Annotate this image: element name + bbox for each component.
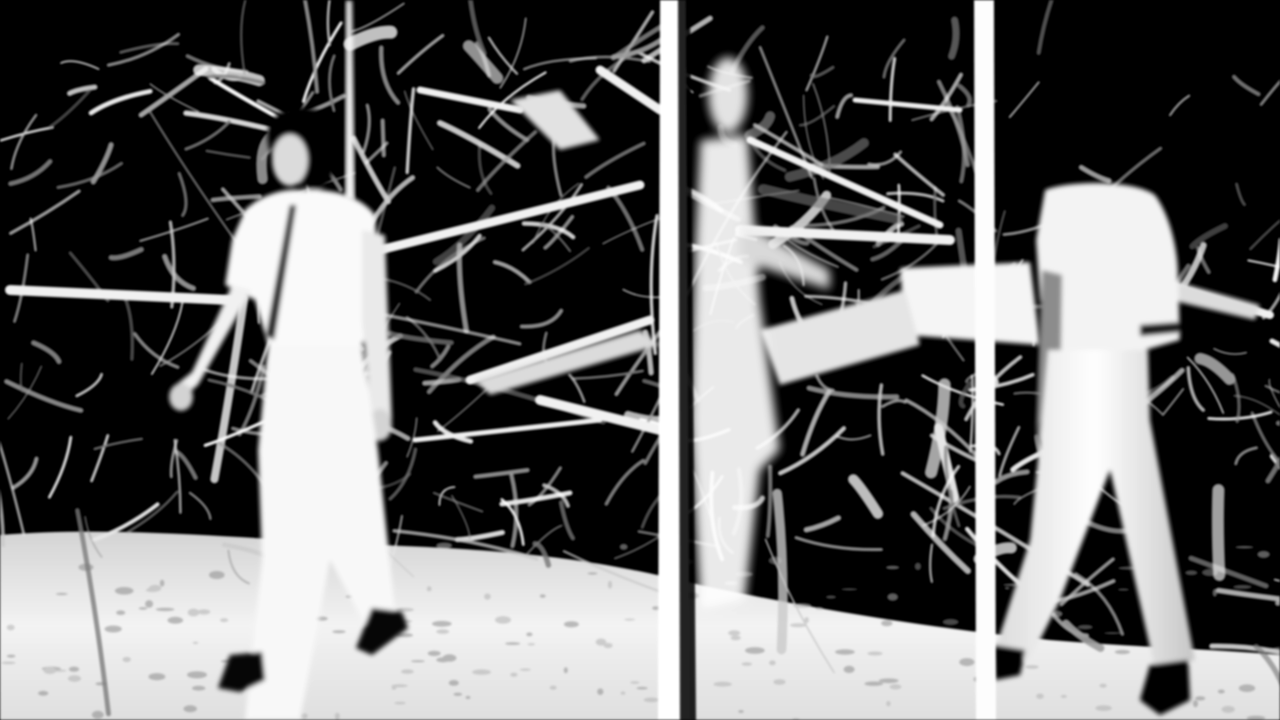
film-scratch-right bbox=[974, 0, 996, 720]
photo-scene bbox=[0, 0, 1280, 720]
